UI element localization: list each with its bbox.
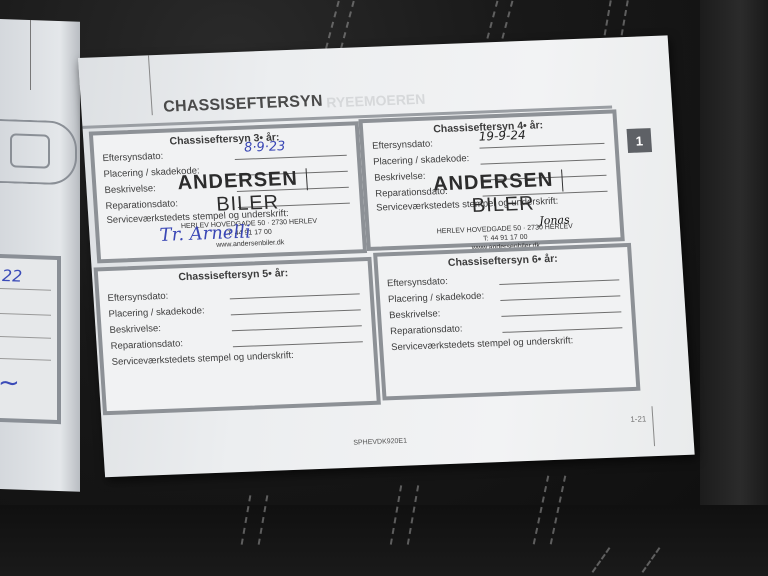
box-title: Chassiseftersyn 6• år: [378, 250, 629, 272]
chapter-tab: 1 [627, 128, 653, 153]
left-booklet-page: 22 ~ [0, 18, 80, 491]
form-line [0, 335, 51, 338]
label-location: Placering / skadekode: [388, 291, 485, 306]
inspection-box-year-6: Chassiseftersyn 6• år: Eftersynsdato: Pl… [373, 243, 640, 401]
label-location: Placering / skadekode: [373, 153, 470, 168]
signature: Tr. Arnelli [159, 222, 251, 246]
form-line [0, 287, 51, 290]
label-date: Eftersynsdato: [102, 151, 163, 164]
inspection-box-year-5: Chassiseftersyn 5• år: Eftersynsdato: Pl… [94, 257, 381, 415]
signature: Jonas [539, 213, 570, 227]
section-title-ghost: RYEEMOEREN [326, 91, 426, 111]
form-line [233, 341, 363, 347]
label-description: Beskrivelse: [104, 183, 156, 196]
seat-cushion [0, 505, 768, 576]
label-repair-date: Reparationsdato: [110, 338, 183, 352]
form-line [500, 295, 620, 301]
form-line [0, 312, 51, 315]
label-location: Placering / skadekode: [108, 305, 205, 320]
label-date: Eftersynsdato: [372, 138, 433, 151]
handwritten-date-fragment: 22 [2, 266, 22, 286]
form-line [230, 293, 360, 299]
left-inspection-box: 22 ~ [0, 253, 61, 424]
signature-fragment: ~ [0, 368, 20, 399]
label-repair-date: Reparationsdato: [390, 323, 463, 337]
form-line [232, 325, 362, 331]
form-line [499, 279, 619, 285]
inspection-box-year-3: Chassiseftersyn 3• år: Eftersynsdato: 8·… [89, 121, 367, 263]
workshop-stamp: ANDERSENBILER HERLEV HOVEDGADE 50 · 2730… [411, 167, 596, 255]
label-description: Beskrivelse: [389, 308, 441, 321]
handwritten-date: 19-9-24 [478, 128, 526, 144]
service-booklet-page: CHASSISEFTERSYN RYEEMOEREN 1 Chassisefte… [78, 35, 695, 477]
handwritten-date: 8·9·23 [244, 139, 286, 156]
car-chassis-illustration [0, 118, 77, 185]
page-rule [148, 55, 153, 115]
document-code: SPHEVDK920E1 [353, 438, 407, 447]
label-stamp: Serviceværkstedets stempel og underskrif… [111, 350, 294, 368]
page-rule [30, 20, 31, 90]
form-line [481, 159, 606, 165]
inspection-box-year-4: Chassiseftersyn 4• år: Eftersynsdato: 19… [358, 109, 624, 251]
page-number: 1-21 [630, 414, 647, 424]
form-line [502, 327, 622, 333]
form-line [235, 155, 347, 160]
form-line [231, 309, 361, 315]
label-stamp: Serviceværkstedets stempel og underskrif… [391, 335, 574, 353]
form-line [0, 357, 51, 360]
section-title: CHASSISEFTERSYN [163, 93, 324, 117]
form-line [479, 143, 604, 149]
label-description: Beskrivelse: [109, 323, 161, 336]
page-rule [651, 406, 655, 446]
stamp-brand: ANDERSENBILER [156, 166, 339, 219]
stamp-brand: ANDERSENBILER [411, 167, 594, 220]
label-date: Eftersynsdato: [387, 276, 448, 289]
form-line [501, 311, 621, 317]
label-date: Eftersynsdato: [107, 291, 168, 304]
box-title: Chassiseftersyn 3• år: [93, 128, 356, 150]
box-title: Chassiseftersyn 5• år: [98, 264, 369, 286]
seat-side-bolster [700, 0, 768, 576]
